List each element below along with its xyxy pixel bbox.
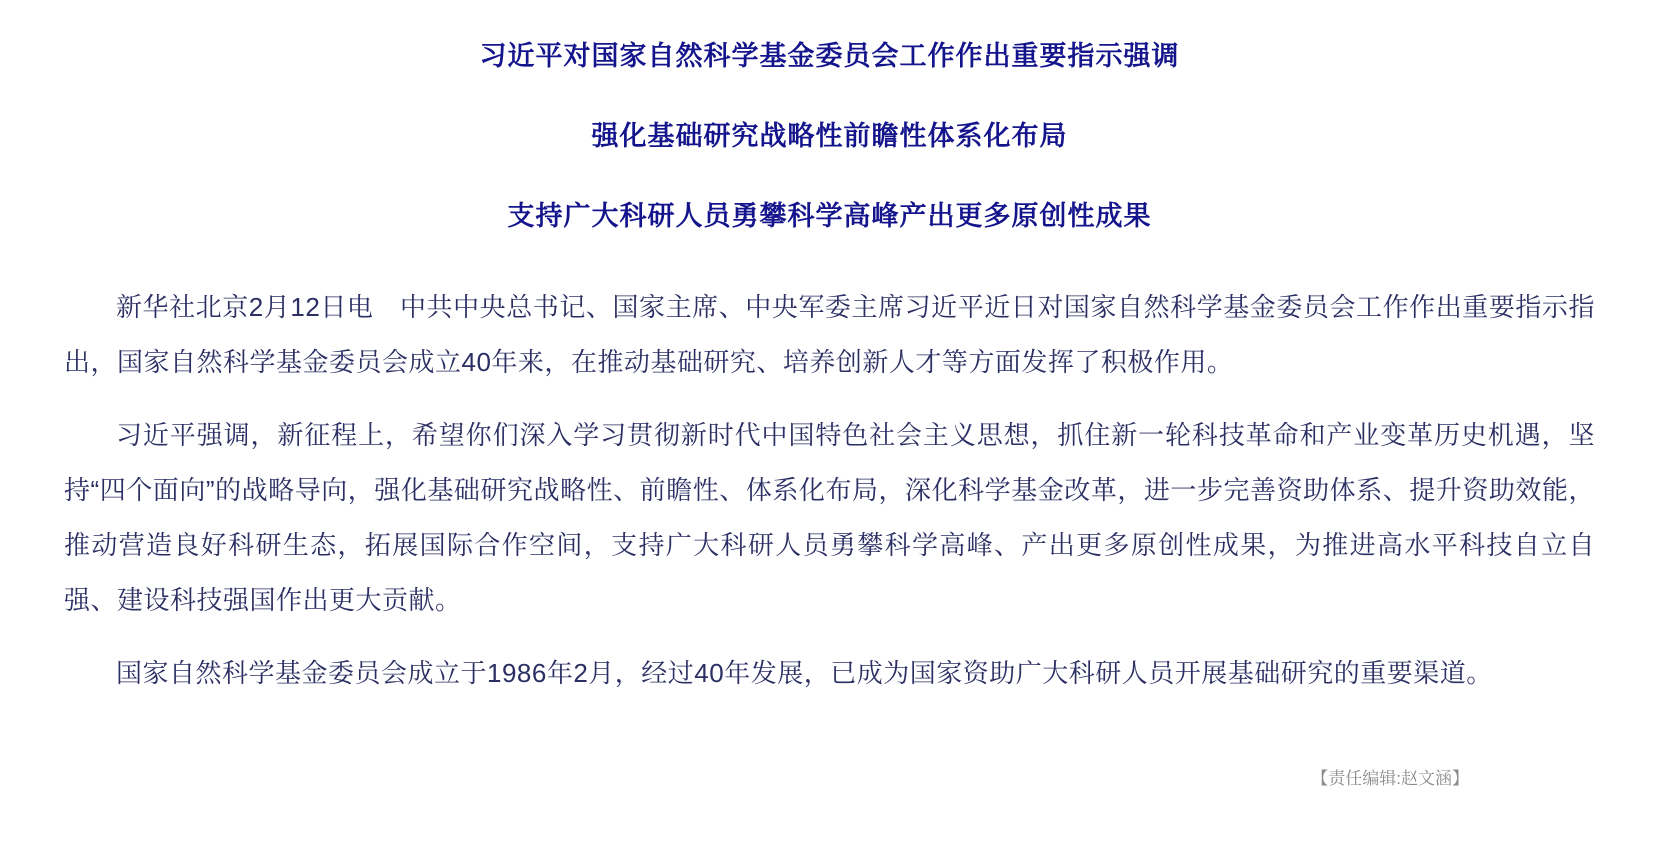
article-title-line-1: 习近平对国家自然科学基金委员会工作作出重要指示强调 bbox=[64, 40, 1595, 72]
article-paragraph-2: 习近平强调，新征程上，希望你们深入学习贯彻新时代中国特色社会主义思想，抓住新一轮… bbox=[64, 408, 1595, 628]
editor-credit: 【责任编辑:赵文涵】 bbox=[1311, 768, 1469, 790]
article-title-line-3: 支持广大科研人员勇攀科学高峰产出更多原创性成果 bbox=[64, 200, 1595, 232]
article-title-block: 习近平对国家自然科学基金委员会工作作出重要指示强调 强化基础研究战略性前瞻性体系… bbox=[64, 40, 1595, 232]
article-body: 新华社北京2月12日电 中共中央总书记、国家主席、中央军委主席习近平近日对国家自… bbox=[64, 280, 1595, 701]
article-page: 习近平对国家自然科学基金委员会工作作出重要指示强调 强化基础研究战略性前瞻性体系… bbox=[0, 0, 1659, 868]
article-paragraph-1: 新华社北京2月12日电 中共中央总书记、国家主席、中央军委主席习近平近日对国家自… bbox=[64, 280, 1595, 390]
article-title-line-2: 强化基础研究战略性前瞻性体系化布局 bbox=[64, 120, 1595, 152]
article-paragraph-3: 国家自然科学基金委员会成立于1986年2月，经过40年发展，已成为国家资助广大科… bbox=[64, 646, 1595, 701]
